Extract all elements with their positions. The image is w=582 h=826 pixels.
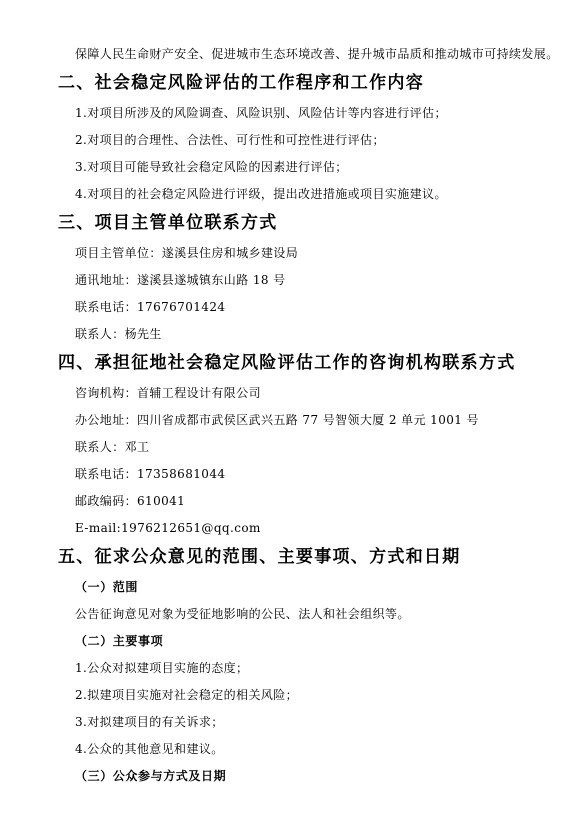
- list-item: 2.对项目的合理性、合法性、可行性和可控性进行评估；: [58, 132, 534, 148]
- list-item: 2.拟建项目实施对社会稳定的相关风险；: [58, 687, 534, 703]
- list-item: 4.公众的其他意见和建议。: [58, 741, 534, 757]
- section-heading-3: 三、项目主管单位联系方式: [58, 213, 534, 233]
- list-item: 3.对拟建项目的有关诉求；: [58, 714, 534, 730]
- section-heading-2: 二、社会稳定风险评估的工作程序和工作内容: [58, 73, 534, 93]
- paragraph: 公告征询意见对象为受征地影响的公民、法人和社会组织等。: [58, 606, 534, 622]
- subsection-heading-participation: （三）公众参与方式及日期: [58, 768, 534, 784]
- subsection-heading-main-items: （二）主要事项: [58, 633, 534, 649]
- contact-line-person: 联系人：邓工: [58, 439, 534, 455]
- document-page: 保障人民生命财产安全、促进城市生态环境改善、提升城市品质和推动城市可持续发展。 …: [0, 0, 582, 826]
- contact-line-office-address: 办公地址：四川省成都市武侯区武兴五路 77 号智领大厦 2 单元 1001 号: [58, 412, 534, 428]
- subsection-heading-scope: （一）范围: [58, 579, 534, 595]
- list-item: 1.公众对拟建项目实施的态度；: [58, 660, 534, 676]
- contact-line-email: E-mail:1976212651@qq.com: [58, 520, 534, 536]
- section-heading-4: 四、承担征地社会稳定风险评估工作的咨询机构联系方式: [58, 353, 534, 373]
- contact-line-agency: 咨询机构：首辅工程设计有限公司: [58, 385, 534, 401]
- contact-line-person: 联系人：杨先生: [58, 326, 534, 342]
- list-item: 1.对项目所涉及的风险调查、风险识别、风险估计等内容进行评估；: [58, 105, 534, 121]
- contact-line-supervisor: 项目主管单位：遂溪县住房和城乡建设局: [58, 245, 534, 261]
- contact-line-phone: 联系电话：17676701424: [58, 299, 534, 315]
- list-item: 4.对项目的社会稳定风险进行评级，提出改进措施或项目实施建议。: [58, 186, 534, 202]
- paragraph-continuation: 保障人民生命财产安全、促进城市生态环境改善、提升城市品质和推动城市可持续发展。: [58, 46, 534, 62]
- contact-line-phone: 联系电话：17358681044: [58, 466, 534, 482]
- list-item: 3.对项目可能导致社会稳定风险的因素进行评估；: [58, 159, 534, 175]
- section-heading-5: 五、征求公众意见的范围、主要事项、方式和日期: [58, 547, 534, 567]
- contact-line-postcode: 邮政编码：610041: [58, 493, 534, 509]
- contact-line-address: 通讯地址：遂溪县遂城镇东山路 18 号: [58, 272, 534, 288]
